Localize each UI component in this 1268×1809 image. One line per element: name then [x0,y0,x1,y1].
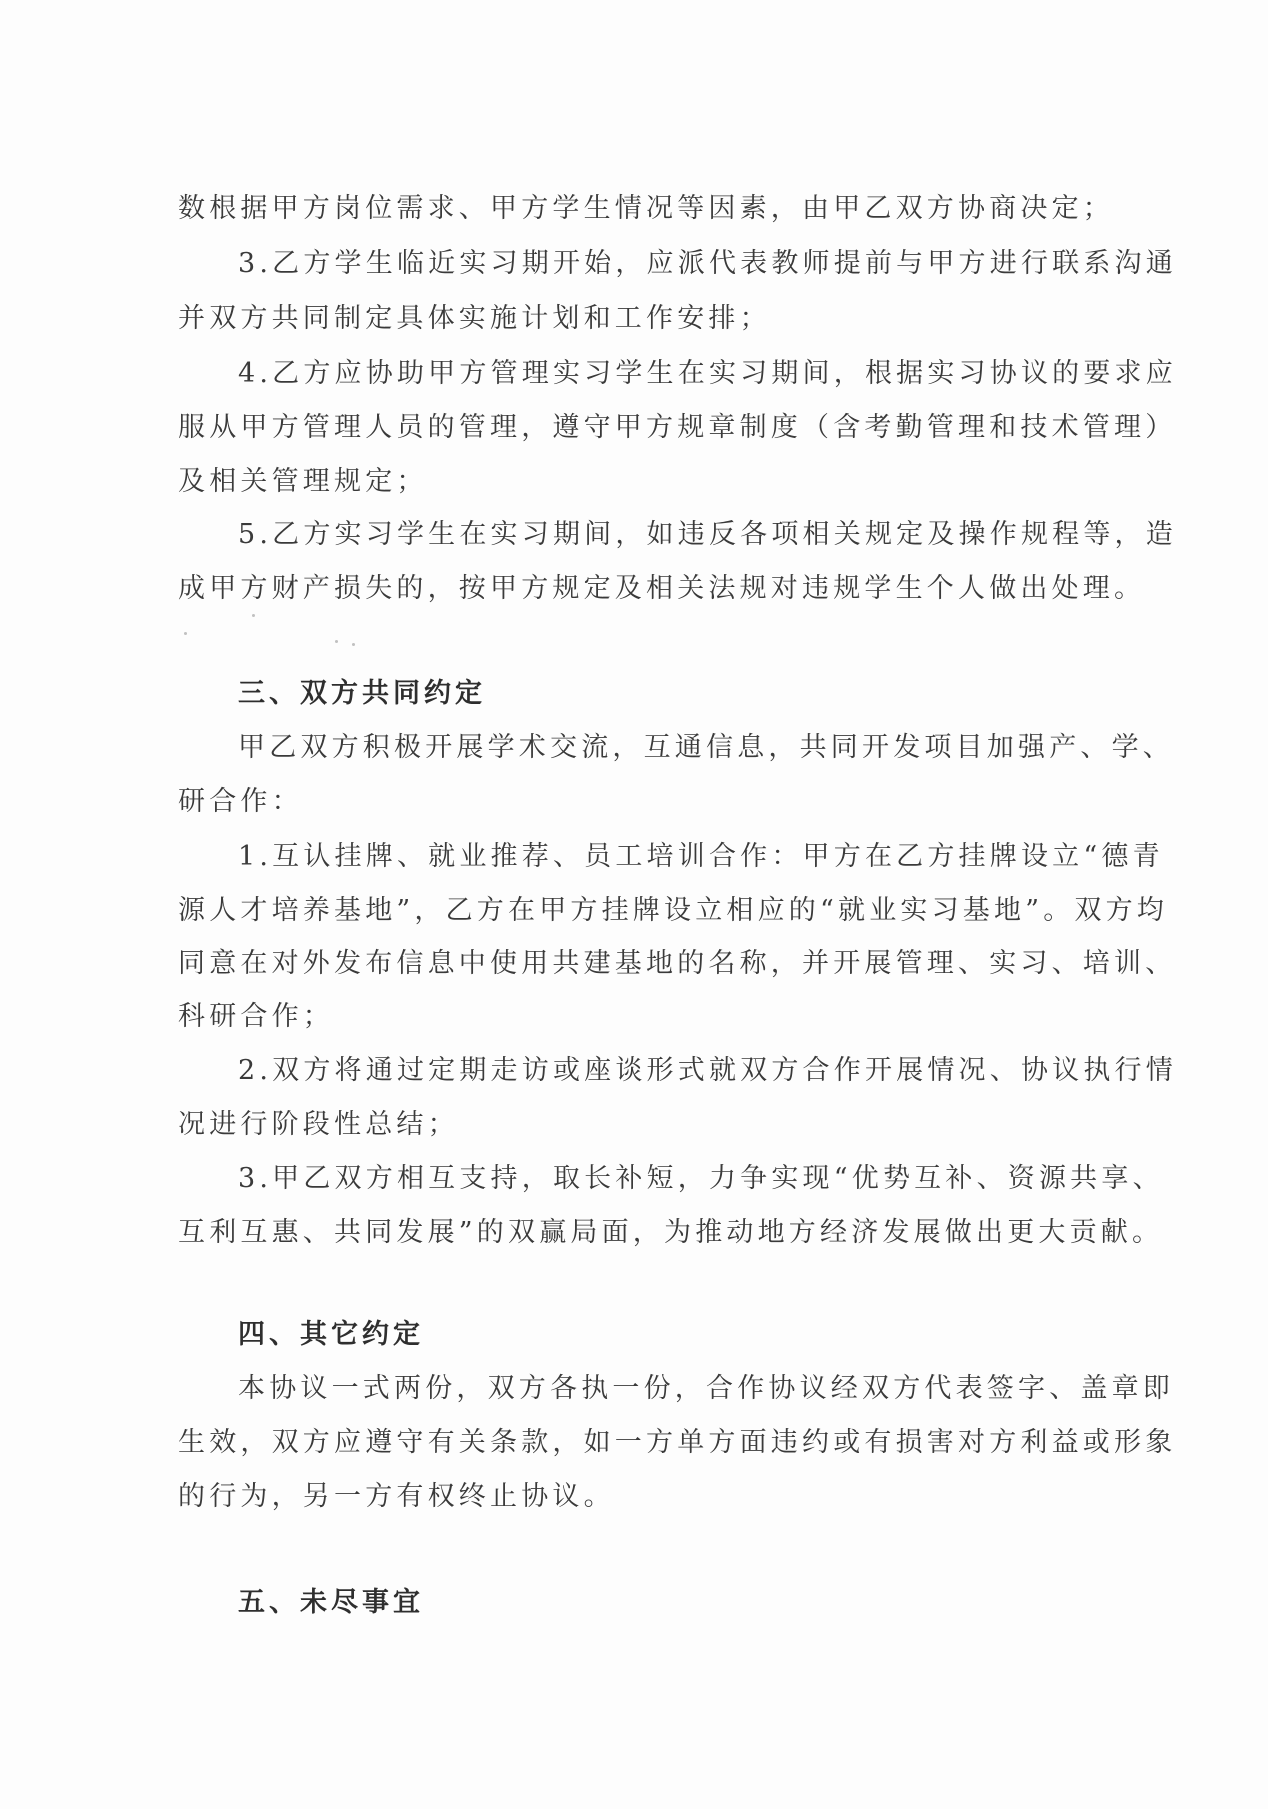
paragraph-line: 1.互认挂牌、就业推荐、员工培训合作：甲方在乙方挂牌设立“德青 [238,840,1164,874]
scan-artifact [352,643,355,646]
paragraph-line: 5.乙方实习学生在实习期间，如违反各项相关规定及操作规程等，造 [238,518,1177,552]
section-heading-4: 四、其它约定 [238,1318,424,1352]
paragraph-line: 3.乙方学生临近实习期开始，应派代表教师提前与甲方进行联系沟通 [238,247,1177,281]
paragraph-line: 服从甲方管理人员的管理，遵守甲方规章制度（含考勤管理和技术管理） [178,411,1176,445]
paragraph-line: 成甲方财产损失的，按甲方规定及相关法规对违规学生个人做出处理。 [178,572,1145,606]
document-page: 数根据甲方岗位需求、甲方学生情况等因素，由甲乙双方协商决定； 3.乙方学生临近实… [0,0,1268,1809]
paragraph-line: 并双方共同制定具体实施计划和工作安排； [178,302,771,336]
section-heading-5: 五、未尽事宜 [238,1586,424,1620]
paragraph-line: 同意在对外发布信息中使用共建基地的名称，并开展管理、实习、培训、 [178,947,1176,981]
paragraph-line: 源人才培养基地”，乙方在甲方挂牌设立相应的“就业实习基地”。双方均 [178,894,1168,928]
paragraph-line: 生效，双方应遵守有关条款，如一方单方面违约或有损害对方利益或形象 [178,1426,1176,1460]
paragraph-line: 甲乙双方积极开展学术交流，互通信息，共同开发项目加强产、学、 [238,731,1174,765]
paragraph-line: 互利互惠、共同发展”的双赢局面，为推动地方经济发展做出更大贡献。 [178,1216,1163,1250]
paragraph-line: 3.甲乙双方相互支持，取长补短，力争实现“优势互补、资源共享、 [238,1162,1164,1196]
scan-artifact [252,614,255,617]
paragraph-line: 本协议一式两份，双方各执一份，合作协议经双方代表签字、盖章即 [238,1372,1174,1406]
paragraph-line: 及相关管理规定； [178,465,428,499]
paragraph-line: 的行为，另一方有权终止协议。 [178,1480,615,1514]
paragraph-line: 况进行阶段性总结； [178,1108,459,1142]
paragraph-line: 2.双方将通过定期走访或座谈形式就双方合作开展情况、协议执行情 [238,1054,1177,1088]
scan-artifact [184,632,187,635]
paragraph-line: 4.乙方应协助甲方管理实习学生在实习期间，根据实习协议的要求应 [238,357,1177,391]
scan-artifact [335,640,338,643]
paragraph-line: 研合作： [178,785,303,819]
paragraph-line: 科研合作； [178,1000,334,1034]
paragraph-line: 数根据甲方岗位需求、甲方学生情况等因素，由甲乙双方协商决定； [178,192,1114,226]
section-heading-3: 三、双方共同约定 [238,677,486,711]
